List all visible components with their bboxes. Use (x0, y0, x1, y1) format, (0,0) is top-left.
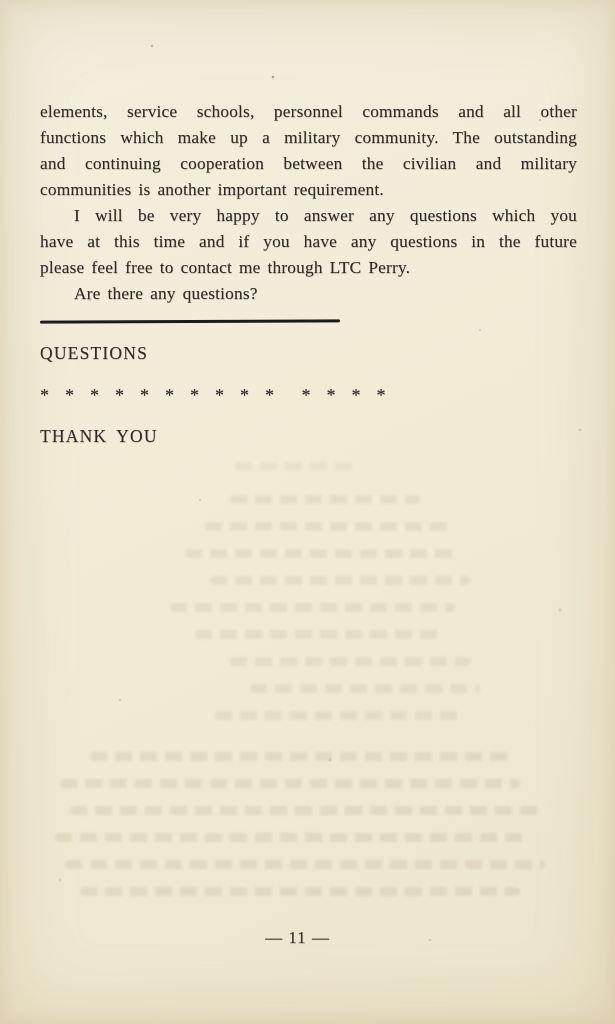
text-line: and continuing cooperation between the c… (40, 151, 577, 177)
text-line: functions which make up a military commu… (40, 125, 577, 151)
paragraph: I will be very happy to answer any quest… (40, 203, 577, 281)
page-number: — 11 — (0, 928, 605, 948)
text-line: Are there any questions? (40, 281, 577, 307)
text-line: elements, service schools, personnel com… (40, 99, 577, 125)
paragraph: elements, service schools, personnel com… (40, 99, 577, 203)
page-body: elements, service schools, personnel com… (40, 99, 577, 446)
section-divider (40, 319, 340, 323)
questions-heading: QUESTIONS (40, 343, 577, 363)
scanned-page: elements, service schools, personnel com… (0, 0, 615, 1024)
text-line: please feel free to contact me through L… (40, 255, 577, 281)
text-line: I will be very happy to answer any quest… (40, 203, 577, 229)
asterisk-separator: * * * * * * * * * * * * * * (40, 384, 577, 406)
thank-you-heading: THANK YOU (40, 426, 577, 446)
text-line: have at this time and if you have any qu… (40, 229, 577, 255)
text-line: communities is another important require… (40, 177, 577, 203)
paragraph: Are there any questions? (40, 281, 577, 307)
